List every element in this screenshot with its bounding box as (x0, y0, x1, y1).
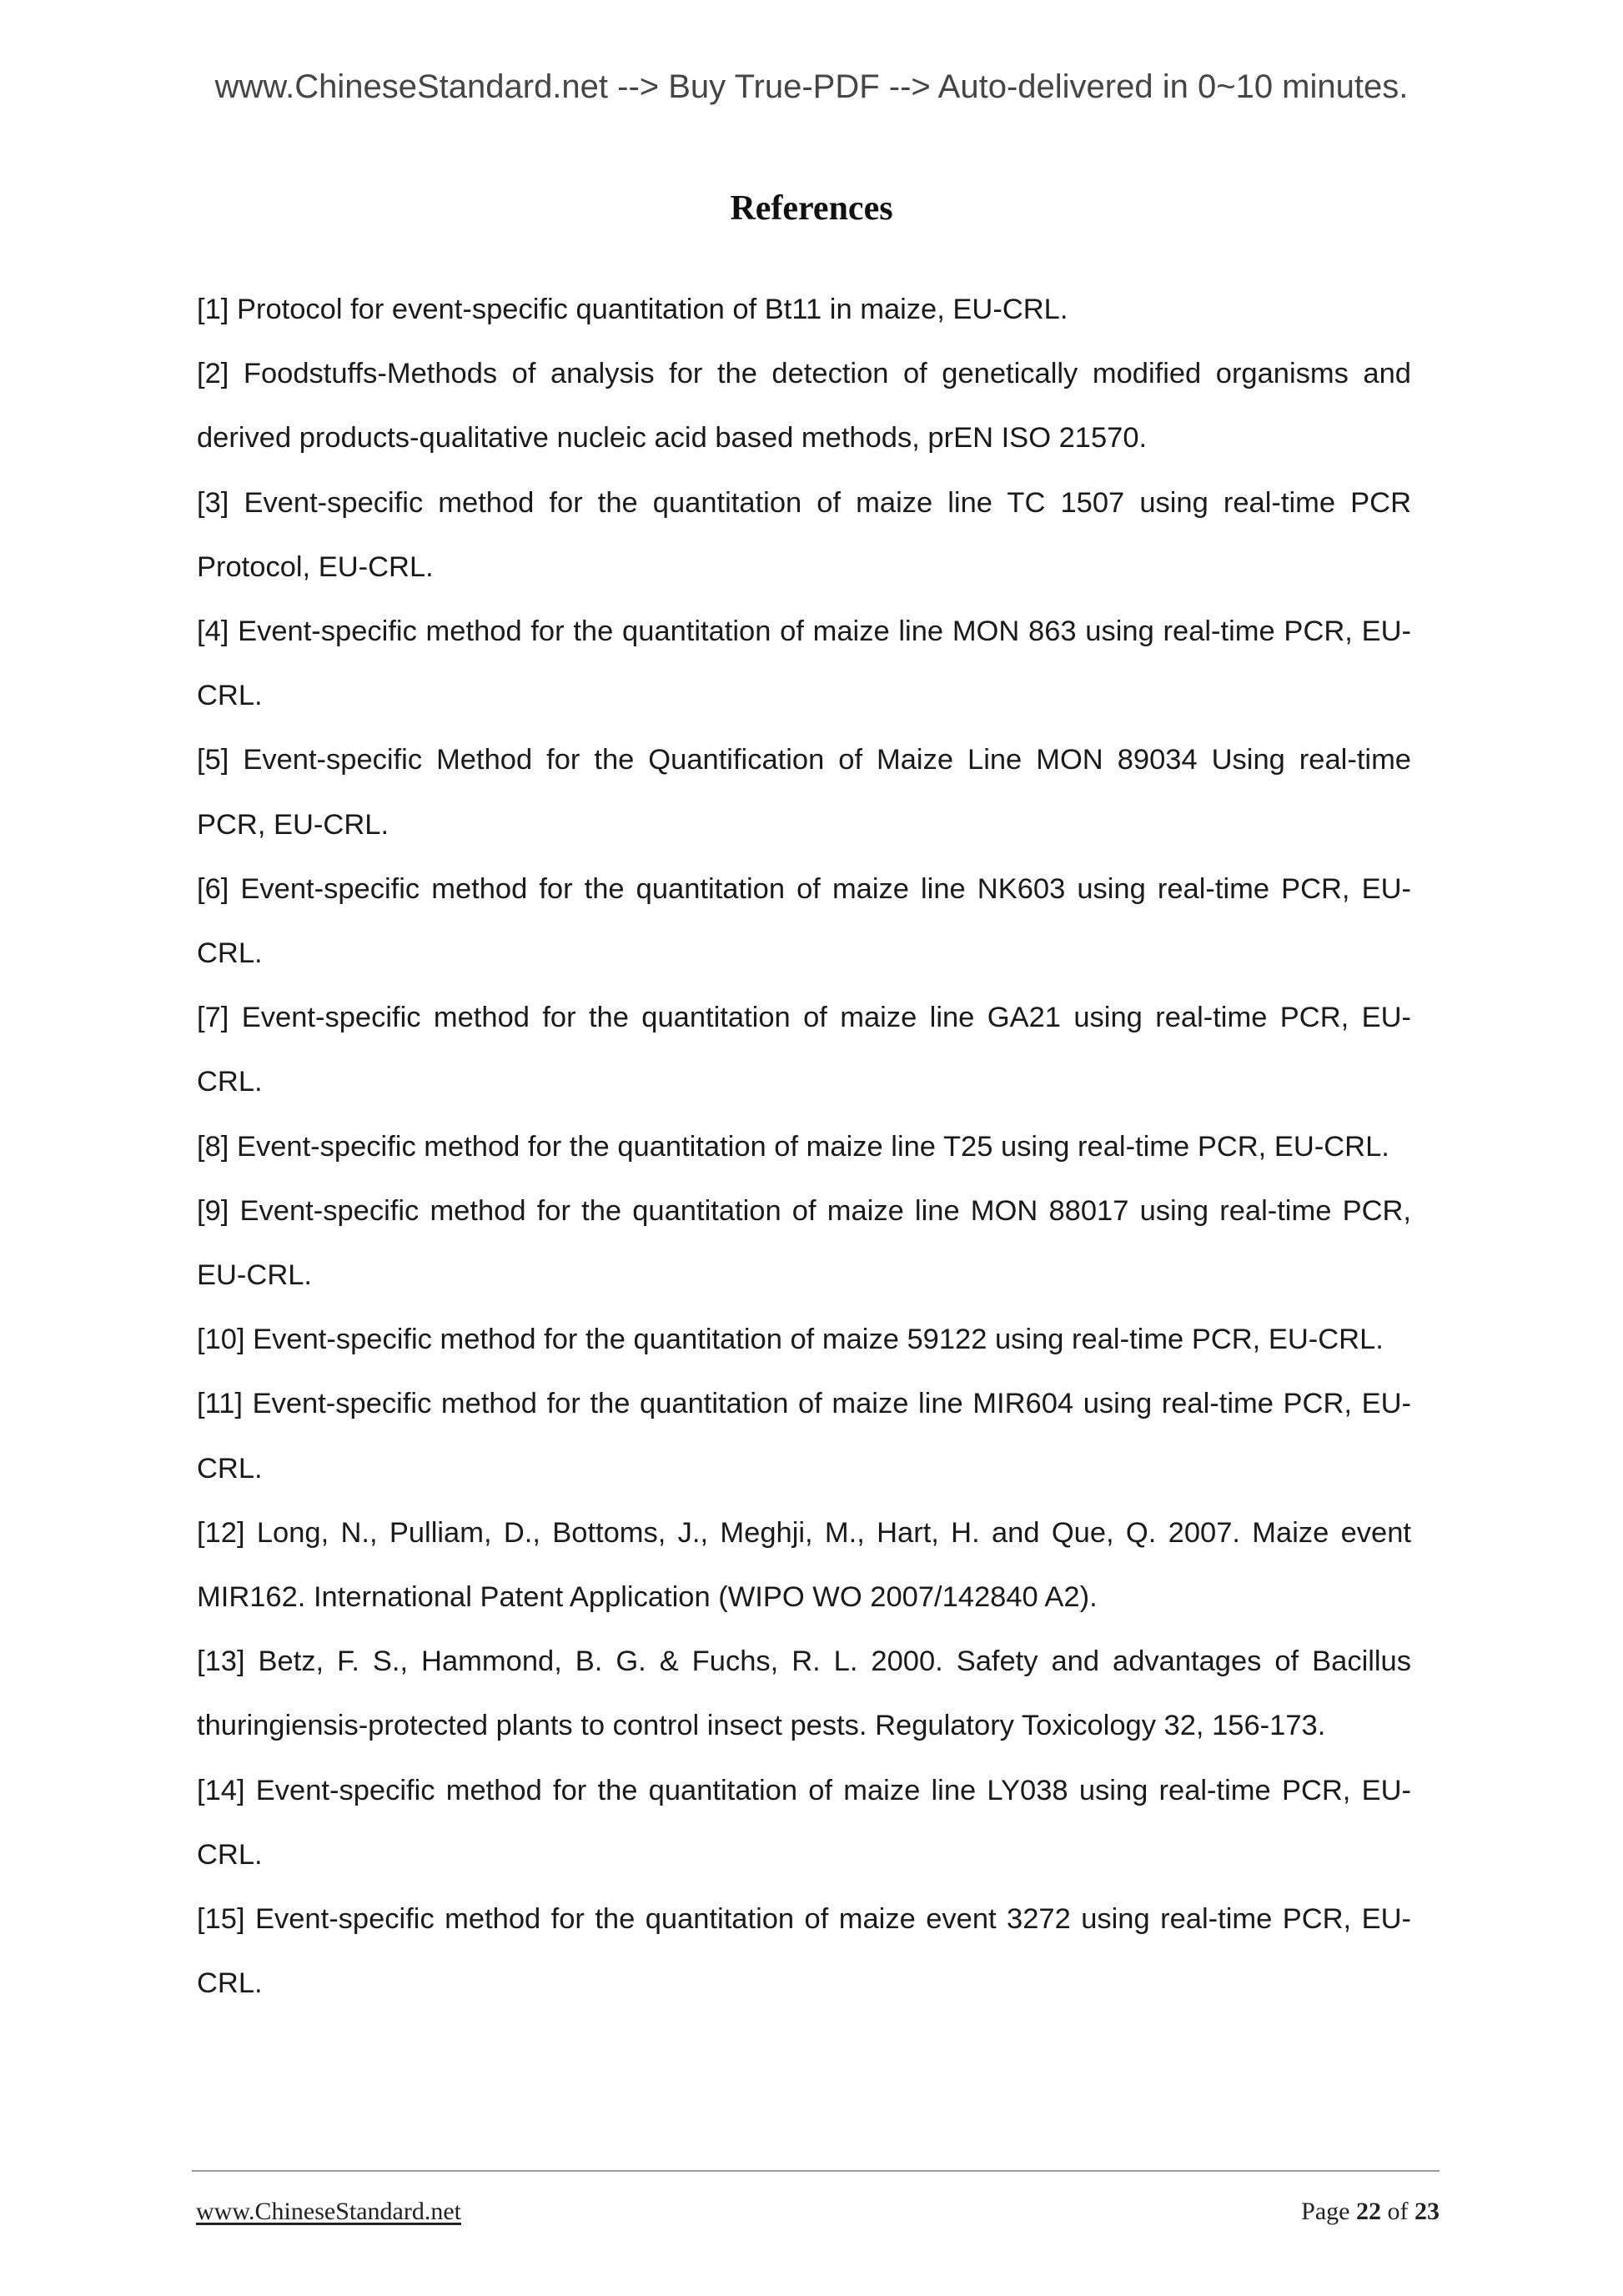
page-indicator: Page 22 of 23 (1301, 2195, 1440, 2228)
reference-item-13: [13] Betz, F. S., Hammond, B. G. & Fuchs… (197, 1630, 1411, 1758)
reference-item-12: [12] Long, N., Pulliam, D., Bottoms, J.,… (197, 1501, 1411, 1630)
reference-item-9: [9] Event-specific method for the quanti… (197, 1179, 1411, 1308)
page-current: 22 (1356, 2198, 1381, 2225)
reference-item-10: [10] Event-specific method for the quant… (197, 1308, 1411, 1372)
reference-item-8: [8] Event-specific method for the quanti… (197, 1115, 1411, 1179)
reference-item-1: [1] Protocol for event-specific quantita… (197, 278, 1411, 342)
promo-banner: www.ChineseStandard.net --> Buy True-PDF… (0, 62, 1623, 112)
reference-item-5: [5] Event-specific Method for the Quanti… (197, 728, 1411, 857)
footer-divider (192, 2170, 1440, 2172)
reference-item-11: [11] Event-specific method for the quant… (197, 1372, 1411, 1500)
page-title: References (0, 185, 1623, 232)
page-total: 23 (1414, 2198, 1440, 2225)
reference-list: [1] Protocol for event-specific quantita… (197, 278, 1411, 2016)
reference-item-3: [3] Event-specific method for the quanti… (197, 471, 1411, 600)
footer-site-link[interactable]: www.ChineseStandard.net (196, 2195, 461, 2228)
reference-item-2: [2] Foodstuffs-Methods of analysis for t… (197, 342, 1411, 470)
page-of-label: of (1388, 2198, 1409, 2225)
reference-item-6: [6] Event-specific method for the quanti… (197, 857, 1411, 986)
reference-item-15: [15] Event-specific method for the quant… (197, 1887, 1411, 2016)
page-label: Page (1301, 2198, 1349, 2225)
reference-item-14: [14] Event-specific method for the quant… (197, 1759, 1411, 1887)
reference-item-4: [4] Event-specific method for the quanti… (197, 600, 1411, 728)
reference-item-7: [7] Event-specific method for the quanti… (197, 986, 1411, 1114)
